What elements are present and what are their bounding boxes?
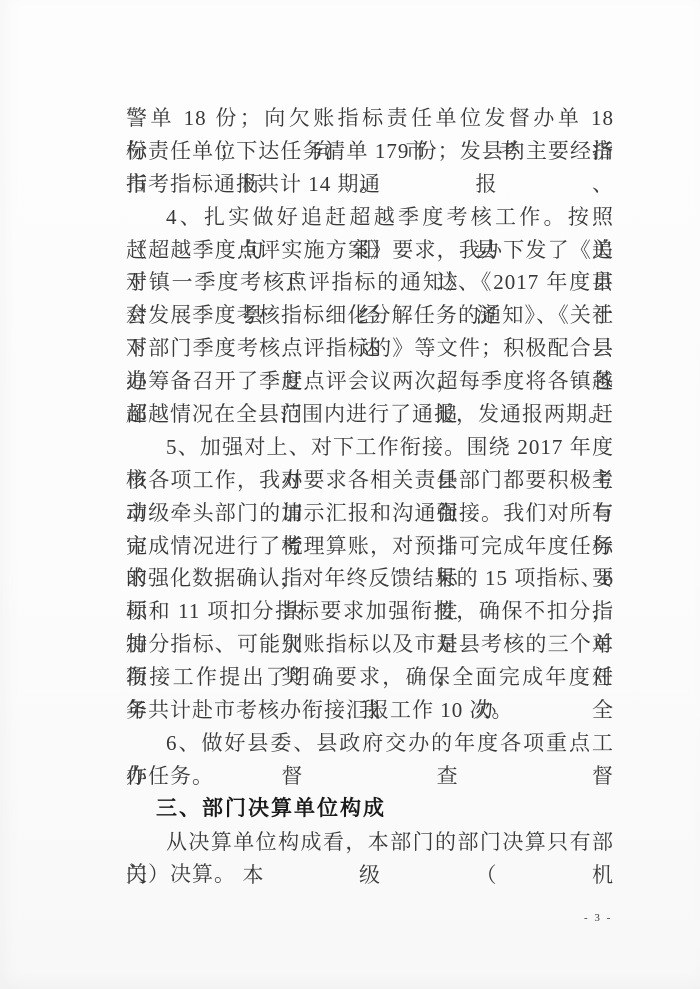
text-line: 4、扎实做好追赶超越季度考核工作。按照《旬阳县追: [126, 201, 614, 234]
text-line: 标责任单位下达任务清单 179 份；发县内主要经济指标通报、: [126, 135, 614, 168]
text-line: 6、做好县委、县政府交办的年度各项重点工作督查督: [126, 727, 614, 760]
text-line: 5、加强对上、对下工作衔接。围绕 2017 年度市对县考: [126, 431, 614, 464]
text-line: 办筹备召开了季度点评会议两次，每季度将各镇各部门追赶: [126, 365, 614, 398]
text-line: 核各项工作，我办要求各相关责任部门都要积极主动加强与: [126, 464, 614, 497]
text-line: 从决算单位构成看，本部门的部门决算只有部门本级（机: [126, 826, 614, 859]
text-line: 加分指标、可能欠账指标以及市对县考核的三个单项奖，对: [126, 628, 614, 661]
document-page: 警单 18 份；向欠账指标责任单位发督办单 18 份；向市考指标责任单位下达任务…: [0, 0, 700, 989]
text-line: 求强化数据确认，对年终反馈结果的 15 项指标、6 项共性指: [126, 562, 614, 595]
text-line: 对部门季度考核点评指标的》等文件；积极配合县追赶超越: [126, 332, 614, 365]
text-line: 警单 18 份；向欠账指标责任单位发督办单 18 份；向市考指: [126, 102, 614, 135]
document-lines: 警单 18 份；向欠账指标责任单位发督办单 18 份；向市考指标责任单位下达任务…: [126, 102, 614, 891]
text-line: 市级牵头部门的请示汇报和沟通衔接。我们对所有市考指标: [126, 497, 614, 530]
text-line: 衔接工作提出了明确要求，确保全面完成年度任务。我办全: [126, 661, 614, 694]
text-line: 赶超越季度点评实施方案》要求，我办下发了《关于下达县: [126, 234, 614, 267]
section-heading: 三、部门决算单位构成: [126, 793, 614, 826]
text-line: 对镇一季度考核点评指标的通知》、《2017 年度市对县经济社: [126, 266, 614, 299]
text-line: 超越情况在全县范围内进行了通报，发通报两期。: [126, 398, 614, 431]
text-line: 会发展季度考核指标细化分解任务的通知》、《关于下达县: [126, 299, 614, 332]
page-number: - 3 -: [584, 912, 612, 924]
text-line: 标和 11 项扣分指标要求加强衔接，确保不扣分，特别是对: [126, 595, 614, 628]
text-line: 完成情况进行了梳理算账，对预计可完成年度任务的指标要: [126, 530, 614, 563]
